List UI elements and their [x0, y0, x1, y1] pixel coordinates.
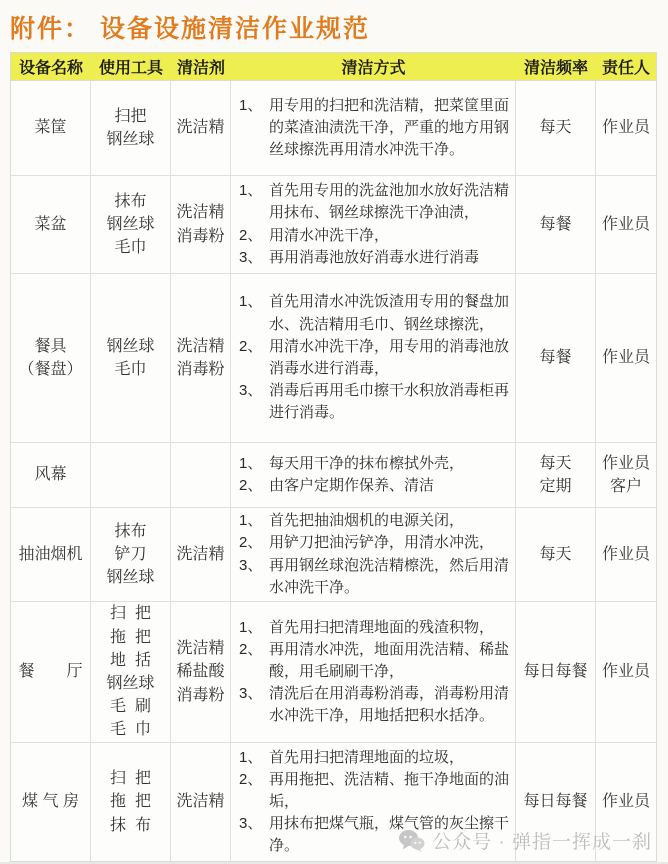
column-header: 责任人 — [596, 55, 656, 78]
cleaning-agent: 洗洁精 — [171, 743, 231, 861]
tools-used: 扫 把拖 把抹 布 — [91, 743, 171, 861]
responsible-person-line: 作业员 — [602, 790, 650, 813]
tools-used-line: 铲刀 — [114, 543, 146, 566]
method-step: 2、用清水冲洗干净， — [239, 225, 511, 247]
step-number: 3、 — [239, 247, 269, 269]
cleaning-frequency-line: 每日每餐 — [523, 660, 587, 683]
wechat-icon — [398, 829, 425, 852]
cleaning-frequency-line: 每天 — [539, 543, 571, 566]
tools-used: 扫把钢丝球 — [91, 81, 171, 175]
step-text: 由客户定期作保养、清洁 — [269, 475, 511, 497]
cleaning-method: 1、每天用干净的抹布檫拭外壳，2、由客户定期作保养、清洁 — [231, 443, 516, 507]
cleaning-frequency: 每餐 — [516, 176, 596, 273]
cleaning-frequency: 每天定期 — [516, 443, 596, 507]
step-text: 首先把抽油烟机的电源关闭， — [269, 510, 511, 532]
step-text: 再用清水冲洗，地面用洗洁精、稀盐酸，用毛刷刷干净， — [269, 639, 511, 683]
step-number: 3、 — [239, 813, 269, 835]
cleaning-frequency: 每日每餐 — [516, 602, 596, 742]
method-step: 3、消毒后再用毛巾擦干水积放消毒柜再进行消毒。 — [239, 380, 511, 424]
tools-used: 扫 把拖 把地 括钢丝球毛 刷毛 巾 — [91, 602, 171, 742]
step-number: 3、 — [239, 683, 269, 705]
column-header: 清洁频率 — [516, 55, 596, 78]
watermark: 公众号 · 弹指一挥成一刹 — [398, 827, 652, 854]
cleaning-agent: 洗洁精消毒粉 — [171, 176, 231, 273]
step-number: 2、 — [239, 336, 269, 358]
step-number: 3、 — [239, 555, 269, 577]
tools-used-line: 拖 把 — [110, 626, 151, 649]
cleaning-agent-line: 消毒粉 — [176, 225, 224, 248]
cleaning-agent — [171, 443, 231, 507]
equipment-name-line: 抽油烟机 — [18, 543, 82, 566]
equipment-name-line: 菜筐 — [34, 116, 66, 139]
tools-used-line: 毛 巾 — [110, 718, 151, 741]
cleaning-frequency-line: 每餐 — [539, 213, 571, 236]
step-text: 每天用干净的抹布檫拭外壳， — [269, 453, 511, 475]
equipment-name-line: 餐具 — [34, 335, 66, 358]
responsible-person-line: 作业员 — [602, 116, 650, 139]
column-header: 清洁方式 — [231, 55, 516, 78]
responsible-person: 作业员 — [596, 274, 656, 442]
responsible-person: 作业员 — [596, 508, 656, 601]
method-step: 1、首先用扫把清理地面的残渣积物， — [239, 617, 511, 639]
cleaning-method: 1、首先把抽油烟机的电源关闭，2、用铲刀把油污铲净，用清水冲洗，3、再用钢丝球泡… — [231, 508, 516, 601]
step-text: 用清水冲洗干净，用专用的消毒池放消毒水进行消毒， — [269, 336, 511, 380]
step-number: 1、 — [239, 510, 269, 532]
method-step: 3、清洗后在用消毒粉消毒，消毒粉用清水冲洗干净，用地括把积水括净。 — [239, 683, 511, 727]
step-text: 再用拖把、洗洁精、拖干净地面的油垢， — [269, 769, 511, 813]
method-step: 1、首先用清水冲洗饭渣用专用的餐盘加水、洗洁精用毛巾、钢丝球擦洗， — [239, 291, 511, 335]
step-text: 首先用专用的洗盆池加水放好洗洁精用抹布、钢丝球擦洗干净油渍， — [269, 180, 511, 224]
method-step: 2、由客户定期作保养、清洁 — [239, 475, 511, 497]
step-text: 清洗后在用消毒粉消毒，消毒粉用清水冲洗干净，用地括把积水括净。 — [269, 683, 511, 727]
document-page: 附件： 设备设施清洁作业规范 设备名称使用工具清洁剂清洁方式清洁频率责任人 菜筐… — [0, 0, 668, 864]
cleaning-agent: 洗洁精消毒粉 — [171, 274, 231, 442]
page-title: 附件： 设备设施清洁作业规范 — [0, 0, 668, 52]
method-step: 1、首先用扫把清理地面的垃圾， — [239, 747, 511, 769]
equipment-name: 菜筐 — [11, 81, 91, 175]
cleaning-method: 1、用专用的扫把和洗洁精，把菜筐里面的菜渣油渍洗干净，严重的地方用钢丝球擦洗再用… — [231, 81, 516, 175]
responsible-person-line: 作业员 — [602, 346, 650, 369]
step-number: 1、 — [239, 453, 269, 475]
equipment-name-line: 风幕 — [34, 463, 66, 486]
equipment-name-line: （餐盘） — [18, 358, 82, 381]
cleaning-method: 1、首先用扫把清理地面的残渣积物，2、再用清水冲洗，地面用洗洁精、稀盐酸，用毛刷… — [231, 602, 516, 742]
step-text: 首先用清水冲洗饭渣用专用的餐盘加水、洗洁精用毛巾、钢丝球擦洗， — [269, 291, 511, 335]
step-number: 2、 — [239, 532, 269, 554]
step-text: 消毒后再用毛巾擦干水积放消毒柜再进行消毒。 — [269, 380, 511, 424]
method-step: 1、首先把抽油烟机的电源关闭， — [239, 510, 511, 532]
equipment-name-line: 菜盆 — [34, 213, 66, 236]
equipment-name-line: 餐 厅 — [18, 660, 82, 683]
responsible-person-line: 作业员 — [602, 543, 650, 566]
cleaning-agent-line: 洗洁精 — [176, 116, 224, 139]
step-number: 2、 — [239, 475, 269, 497]
tools-used-line: 钢丝球 — [106, 566, 154, 589]
cleaning-agent-line: 洗洁精 — [176, 335, 224, 358]
method-step: 2、再用拖把、洗洁精、拖干净地面的油垢， — [239, 769, 511, 813]
step-text: 用铲刀把油污铲净，用清水冲洗， — [269, 532, 511, 554]
table-row: 菜盆抹布钢丝球毛巾洗洁精消毒粉1、首先用专用的洗盆池加水放好洗洁精用抹布、钢丝球… — [11, 176, 656, 274]
method-step: 2、再用清水冲洗，地面用洗洁精、稀盐酸，用毛刷刷干净， — [239, 639, 511, 683]
step-text: 用专用的扫把和洗洁精，把菜筐里面的菜渣油渍洗干净，严重的地方用钢丝球擦洗再用清水… — [269, 95, 511, 162]
responsible-person-line: 作业员 — [602, 213, 650, 236]
step-number: 1、 — [239, 291, 269, 313]
cleaning-agent-line: 消毒粉 — [176, 358, 224, 381]
cleaning-agent-line: 洗洁精 — [176, 543, 224, 566]
step-text: 再用消毒池放好消毒水进行消毒 — [269, 247, 511, 269]
cleaning-agent: 洗洁精 — [171, 81, 231, 175]
cleaning-frequency: 每天 — [516, 81, 596, 175]
cleaning-frequency: 每餐 — [516, 274, 596, 442]
table-header: 设备名称使用工具清洁剂清洁方式清洁频率责任人 — [11, 53, 656, 81]
tools-used-line: 抹 布 — [110, 814, 151, 837]
tools-used-line: 抹布 — [114, 520, 146, 543]
responsible-person: 作业员客户 — [596, 443, 656, 507]
cleaning-agent-line: 洗洁精 — [176, 790, 224, 813]
step-number: 1、 — [239, 180, 269, 202]
cleaning-frequency-line: 每天 — [539, 452, 571, 475]
tools-used-line: 毛巾 — [114, 236, 146, 259]
tools-used-line: 拖 把 — [110, 790, 151, 813]
step-number: 2、 — [239, 769, 269, 791]
tools-used: 钢丝球毛巾 — [91, 274, 171, 442]
equipment-name-line: 煤 气 房 — [22, 790, 79, 813]
cleaning-agent-line: 消毒粉 — [176, 684, 224, 707]
step-text: 首先用扫把清理地面的残渣积物， — [269, 617, 511, 639]
cleaning-frequency-line: 每日每餐 — [523, 790, 587, 813]
cleaning-frequency-line: 每天 — [539, 116, 571, 139]
table-row: 餐 厅扫 把拖 把地 括钢丝球毛 刷毛 巾洗洁精稀盐酸消毒粉1、首先用扫把清理地… — [11, 602, 656, 743]
cleaning-frequency: 每天 — [516, 508, 596, 601]
cleaning-frequency-line: 每餐 — [539, 346, 571, 369]
cleaning-frequency-line: 定期 — [539, 475, 571, 498]
table-row: 菜筐扫把钢丝球洗洁精1、用专用的扫把和洗洁精，把菜筐里面的菜渣油渍洗干净，严重的… — [11, 81, 656, 176]
tools-used-line: 钢丝球 — [106, 672, 154, 695]
tools-used — [91, 443, 171, 507]
tools-used-line: 扫 把 — [110, 767, 151, 790]
equipment-name: 抽油烟机 — [11, 508, 91, 601]
table-row: 餐具（餐盘）钢丝球毛巾洗洁精消毒粉1、首先用清水冲洗饭渣用专用的餐盘加水、洗洁精… — [11, 274, 656, 443]
watermark-text: 公众号 · 弹指一挥成一刹 — [432, 827, 652, 854]
responsible-person-line: 作业员 — [602, 660, 650, 683]
equipment-name: 菜盆 — [11, 176, 91, 273]
cleaning-agent-line: 稀盐酸 — [176, 660, 224, 683]
tools-used-line: 扫把 — [114, 105, 146, 128]
method-step: 2、用清水冲洗干净，用专用的消毒池放消毒水进行消毒， — [239, 336, 511, 380]
tools-used-line: 毛巾 — [114, 358, 146, 381]
method-step: 3、再用钢丝球泡洗洁精檫洗，然后用清水冲洗干净。 — [239, 555, 511, 599]
cleaning-method: 1、首先用专用的洗盆池加水放好洗洁精用抹布、钢丝球擦洗干净油渍，2、用清水冲洗干… — [231, 176, 516, 273]
tools-used-line: 扫 把 — [110, 602, 151, 625]
cleaning-method: 1、首先用清水冲洗饭渣用专用的餐盘加水、洗洁精用毛巾、钢丝球擦洗，2、用清水冲洗… — [231, 274, 516, 442]
responsible-person: 作业员 — [596, 81, 656, 175]
step-number: 1、 — [239, 747, 269, 769]
step-number: 3、 — [239, 380, 269, 402]
equipment-name: 风幕 — [11, 443, 91, 507]
step-text: 首先用扫把清理地面的垃圾， — [269, 747, 511, 769]
responsible-person-line: 客户 — [610, 475, 642, 498]
responsible-person-line: 作业员 — [602, 452, 650, 475]
cleaning-standards-table: 设备名称使用工具清洁剂清洁方式清洁频率责任人 菜筐扫把钢丝球洗洁精1、用专用的扫… — [10, 52, 657, 862]
table-row: 风幕1、每天用干净的抹布檫拭外壳，2、由客户定期作保养、清洁每天定期作业员客户 — [11, 443, 656, 508]
step-text: 再用钢丝球泡洗洁精檫洗，然后用清水冲洗干净。 — [269, 555, 511, 599]
tools-used: 抹布铲刀钢丝球 — [91, 508, 171, 601]
equipment-name: 餐 厅 — [11, 602, 91, 742]
method-step: 1、首先用专用的洗盆池加水放好洗洁精用抹布、钢丝球擦洗干净油渍， — [239, 180, 511, 224]
step-number: 1、 — [239, 617, 269, 639]
tools-used-line: 钢丝球 — [106, 128, 154, 151]
table-body: 菜筐扫把钢丝球洗洁精1、用专用的扫把和洗洁精，把菜筐里面的菜渣油渍洗干净，严重的… — [11, 81, 656, 861]
column-header: 清洁剂 — [171, 55, 231, 78]
tools-used-line: 抹布 — [114, 190, 146, 213]
cleaning-agent-line: 洗洁精 — [176, 637, 224, 660]
cleaning-agent-line: 洗洁精 — [176, 201, 224, 224]
method-step: 1、用专用的扫把和洗洁精，把菜筐里面的菜渣油渍洗干净，严重的地方用钢丝球擦洗再用… — [239, 95, 511, 162]
column-header: 使用工具 — [91, 55, 171, 78]
step-number: 2、 — [239, 639, 269, 661]
tools-used-line: 钢丝球 — [106, 213, 154, 236]
table-row: 抽油烟机抹布铲刀钢丝球洗洁精1、首先把抽油烟机的电源关闭，2、用铲刀把油污铲净，… — [11, 508, 656, 602]
column-header: 设备名称 — [11, 55, 91, 78]
tools-used-line: 毛 刷 — [110, 695, 151, 718]
equipment-name: 煤 气 房 — [11, 743, 91, 861]
responsible-person: 作业员 — [596, 176, 656, 273]
responsible-person: 作业员 — [596, 602, 656, 742]
cleaning-agent: 洗洁精稀盐酸消毒粉 — [171, 602, 231, 742]
cleaning-agent: 洗洁精 — [171, 508, 231, 601]
step-number: 1、 — [239, 95, 269, 117]
equipment-name: 餐具（餐盘） — [11, 274, 91, 442]
method-step: 3、再用消毒池放好消毒水进行消毒 — [239, 247, 511, 269]
tools-used-line: 钢丝球 — [106, 335, 154, 358]
method-step: 1、每天用干净的抹布檫拭外壳， — [239, 453, 511, 475]
tools-used: 抹布钢丝球毛巾 — [91, 176, 171, 273]
step-number: 2、 — [239, 225, 269, 247]
tools-used-line: 地 括 — [110, 649, 151, 672]
step-text: 用清水冲洗干净， — [269, 225, 511, 247]
method-step: 2、用铲刀把油污铲净，用清水冲洗， — [239, 532, 511, 554]
